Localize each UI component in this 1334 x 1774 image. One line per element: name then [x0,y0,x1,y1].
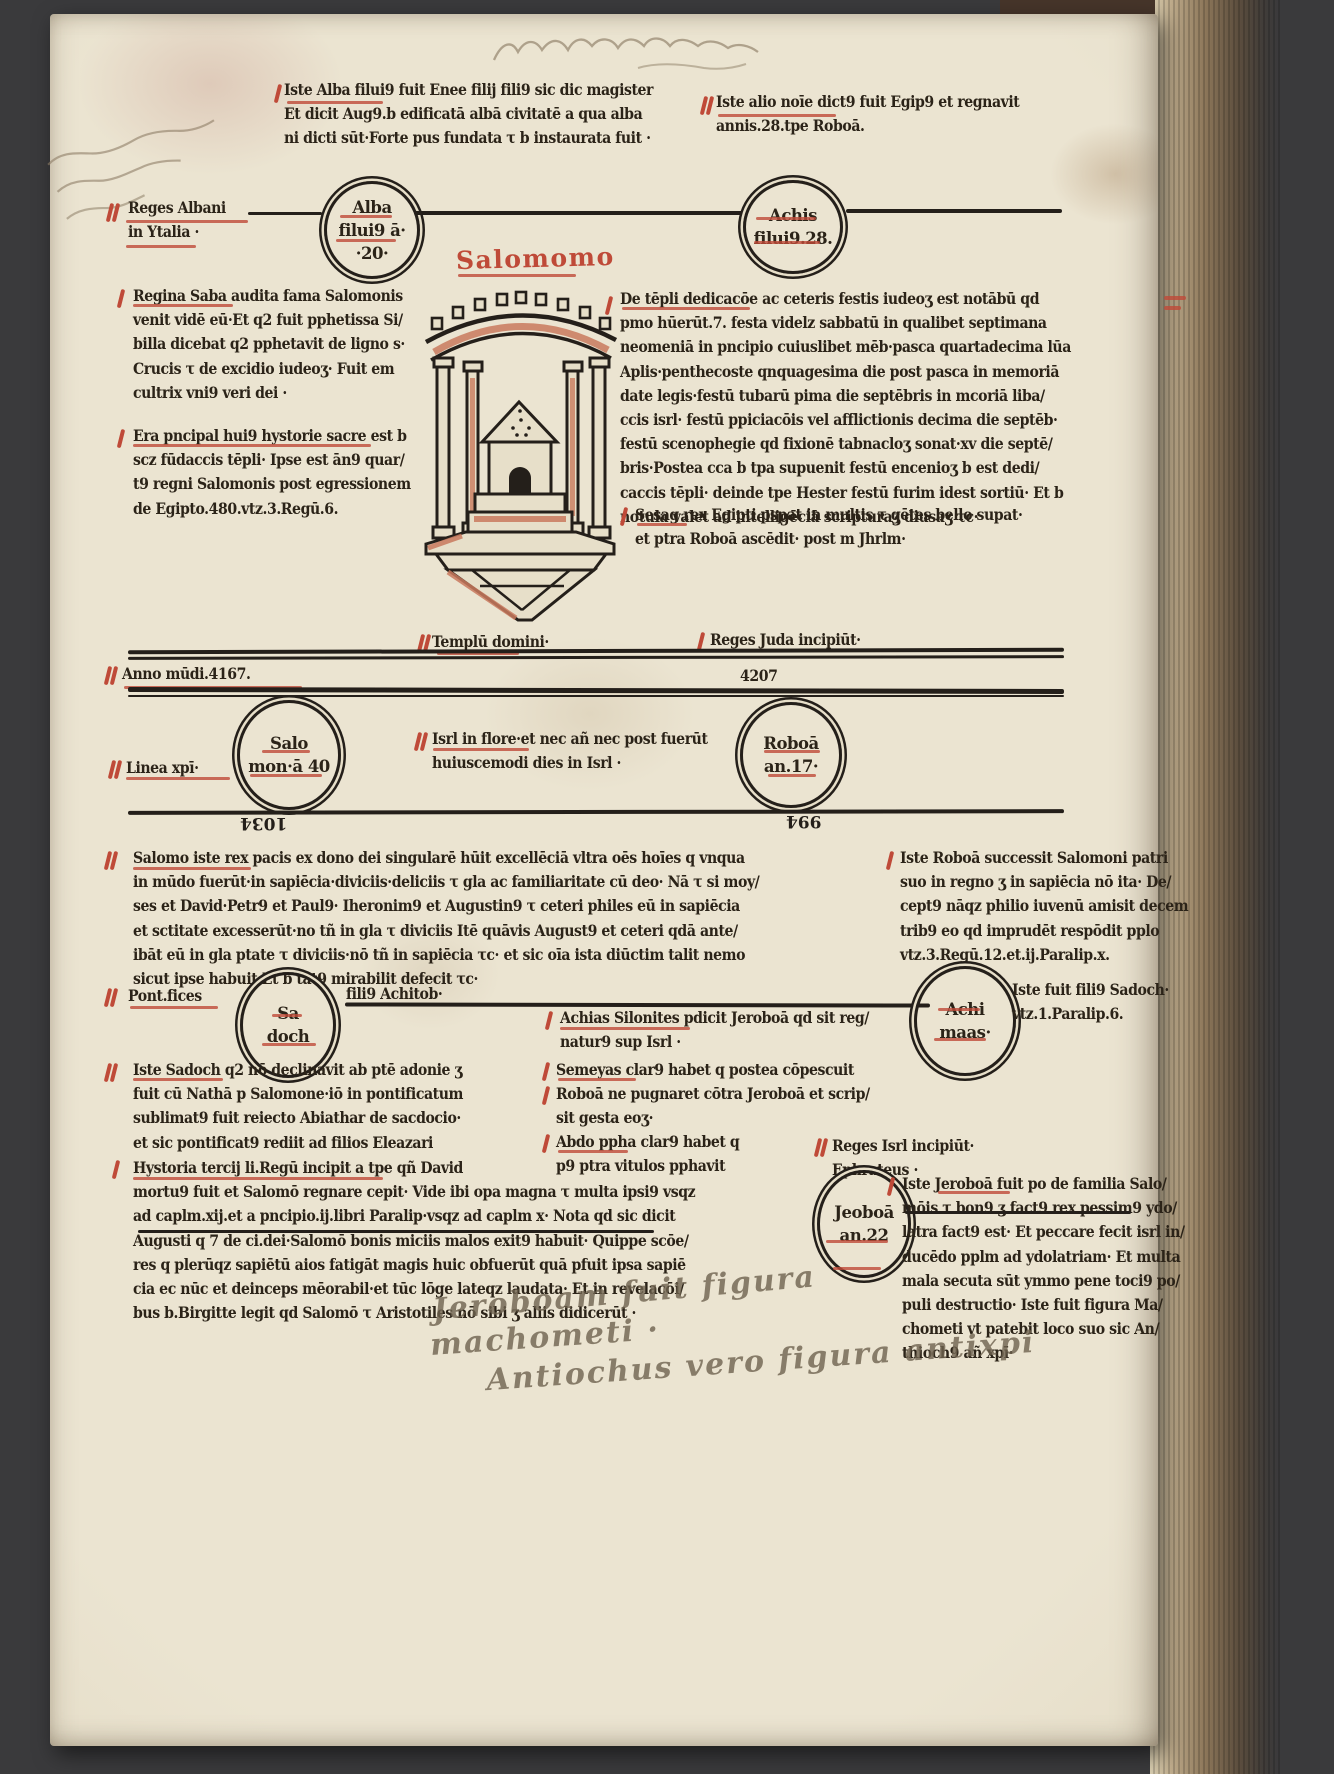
rubric-underline [126,777,230,780]
rubric-mark [106,851,118,871]
lineage-line [846,209,1062,213]
ante-christum-number-right: 994 [786,812,822,830]
lineage-circle-alba: Alba filui9 ā· ·20· [324,181,420,279]
scan-background: Iste Alba filui9 fuit Enee filij fili9 s… [0,0,1334,1774]
rubric-underline [272,1014,302,1017]
par-israel-in-flore: Isrl in flore·et nec añ nec post fuerūt … [432,727,708,775]
note-alba: Iste Alba filui9 fuit Enee filij fili9 s… [284,78,653,151]
rubric-underline [262,1043,316,1046]
rubric-mark [816,1138,828,1158]
facing-page-rubric-mark [1164,296,1186,300]
rubric-underline [133,444,371,447]
rubric-underline [637,523,687,526]
rubric-underline [622,307,750,310]
rubric-underline [126,220,248,223]
par-era-principalis: Era pncipal hui9 hystorie sacre est b sc… [133,424,411,521]
rubric-mark [888,851,900,871]
label-anno-juda: 4207 [740,664,777,688]
par-templi-dedicatio: De tēpli dedicacōe ac ceteris festis iud… [620,287,1071,529]
rubric-underline [340,215,392,218]
rubric-underline [560,1027,690,1030]
rubric-underline [250,774,322,777]
lineage-circle-achis: Achis filui9.28. [743,180,843,274]
rubric-mark [119,289,131,309]
rubric-mark [702,96,714,116]
rubric-mark [544,1062,556,1082]
rubric-underline [133,304,233,307]
rubric-underline [764,750,820,753]
rubric-underline [756,217,816,220]
rubric-underline [433,748,529,751]
rubric-underline [336,239,396,242]
rubric-mark [106,666,118,686]
par-regina-saba: Regina Saba audita fama Salomonis venit … [133,284,405,405]
rubric-underline [287,101,383,104]
text-rule [138,1230,654,1233]
rubric-title-salomomo: Salomomo [456,244,615,274]
rubric-mark [114,1160,126,1180]
rubric-underline [934,1038,986,1041]
rubric-underline [754,241,820,244]
chronicle-rule [128,695,1064,697]
rubric-mark [622,507,634,527]
rubric-mark [416,732,428,752]
facing-page-rubric-mark [1164,306,1181,310]
rubric-underline [833,1267,881,1270]
rubric-mark [544,1086,556,1106]
ante-christum-number-left: 1034 [240,814,287,832]
rubric-underline [718,114,836,117]
rubric-mark [889,1177,901,1197]
par-semeyas: Semeyas clar9 habet q postea cōpescuit R… [556,1058,870,1131]
par-sesag: Sesag rex Egipti pspat in multis τ gētes… [635,503,1022,551]
par-achias: Achias Silonites pdicit Jeroboā qd sit r… [560,1006,869,1054]
rubric-mark [110,760,122,780]
rubric-underline [133,1078,223,1081]
note-achimaas: Iste fuit fili9 Sadoch· vtz.1.Paralip.6. [1012,978,1169,1026]
lineage-circle-roboam: Roboā an.17· [740,702,842,808]
handwritten-note-top [488,20,858,74]
rubric-mark [547,1011,559,1031]
rubric-mark [607,296,619,316]
par-iste-sadoch: Iste Sadoch q2 nō declinavit ab ptē adon… [133,1058,463,1155]
rubric-underline [558,1150,628,1153]
lineage-line [414,211,744,215]
rubric-underline [768,774,816,777]
rubric-underline [133,1177,383,1180]
rubric-underline [826,1240,888,1243]
label-pontifices: Pont.fices [128,984,202,1008]
lineage-line [248,212,322,215]
lineage-circle-salomon: Salo mon·ā 40 [237,700,341,810]
rubric-mark [106,988,118,1008]
lineage-circle-alba-label: Alba filui9 ā· ·20· [338,196,405,265]
rubric-mark [106,1063,118,1083]
lineage-circle-salomon-label: Salo mon·ā 40 [248,732,330,778]
rubric-mark [119,429,131,449]
lineage-circle-achimaas: Achi maas· [914,966,1016,1076]
rubric-underline [133,867,251,870]
rubric-underline [458,274,576,277]
rubric-underline [262,750,310,753]
rubric-underline [130,1006,218,1009]
text-rule [905,1211,1131,1214]
lineage-circle-sadoch-label: Sa doch [267,1002,310,1048]
label-anno-mundi: Anno mūdi.4167. [122,662,250,686]
par-roboam-successit: Iste Roboā successit Salomoni patri suo … [900,846,1188,967]
rubric-underline [938,1191,1010,1194]
rubric-underline [558,1078,636,1081]
rubric-underline [938,1008,980,1011]
lineage-circle-roboam-label: Roboā an.17· [763,732,818,778]
rubric-underline [126,245,196,248]
temple-woodcut [418,278,623,626]
rubric-mark [108,203,120,223]
rubric-mark [544,1134,556,1154]
